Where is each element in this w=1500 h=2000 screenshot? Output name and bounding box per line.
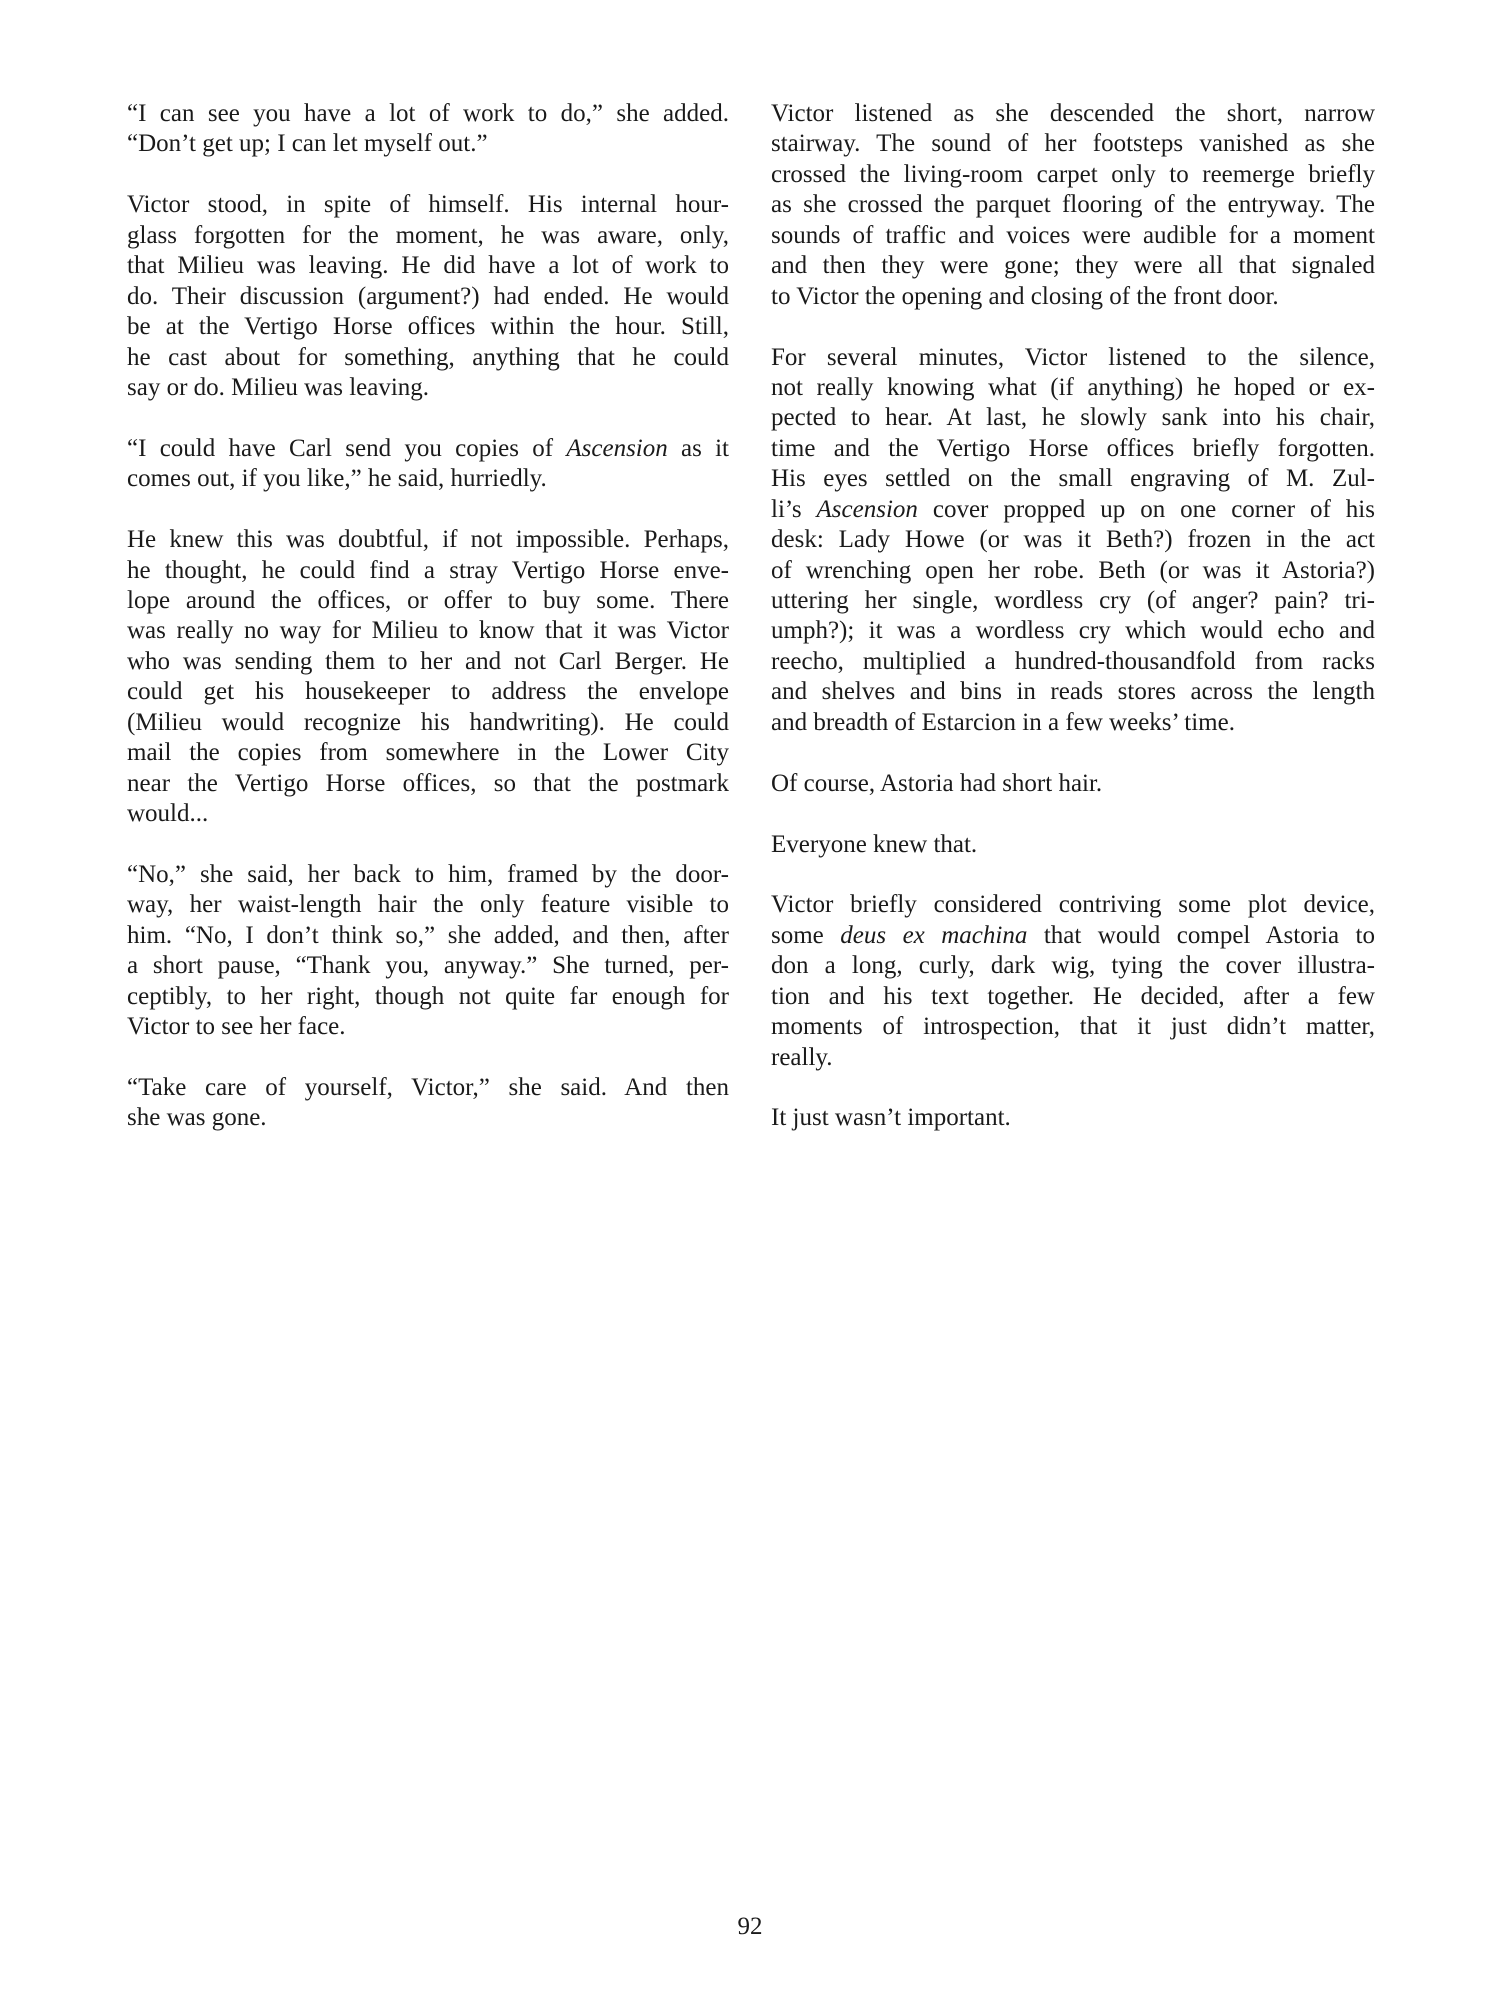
text-line: tion and his text together. He decided, … (771, 982, 1375, 1012)
text-line: he cast about for something, anything th… (127, 343, 729, 373)
text-line: Victor listened as she descended the sho… (771, 99, 1375, 129)
text-line: don a long, curly, dark wig, tying the c… (771, 951, 1375, 981)
left-column: “I can see you have a lot of work to do,… (127, 99, 729, 1164)
text-line: comes out, if you like,” he said, hurrie… (127, 464, 729, 494)
italic-title: deus ex machina (840, 922, 1027, 949)
text-line: Everyone knew that. (771, 830, 1375, 860)
text-line: For several minutes, Victor listened to … (771, 343, 1375, 373)
text-line: moments of introspection, that it just d… (771, 1012, 1375, 1042)
text-line: pected to hear. At last, he slowly sank … (771, 403, 1375, 433)
text-line: a short pause, “Thank you, anyway.” She … (127, 951, 729, 981)
italic-title: Ascension (566, 435, 667, 462)
text-line: really. (771, 1043, 1375, 1073)
text-line: and shelves and bins in reads stores acr… (771, 677, 1375, 707)
paragraph: Victor briefly considered contriving som… (771, 890, 1375, 1073)
text-line: not really knowing what (if anything) he… (771, 373, 1375, 403)
text-line: as she crossed the parquet flooring of t… (771, 190, 1375, 220)
text-line: “Don’t get up; I can let myself out.” (127, 129, 729, 159)
text-line: could get his housekeeper to address the… (127, 677, 729, 707)
paragraph: Everyone knew that. (771, 830, 1375, 860)
text-line: glass forgotten for the moment, he was a… (127, 221, 729, 251)
page-number: 92 (0, 1912, 1500, 1942)
text-line: sounds of traffic and voices were audibl… (771, 221, 1375, 251)
text-line: of wrenching open her robe. Beth (or was… (771, 556, 1375, 586)
paragraph: It just wasn’t important. (771, 1103, 1375, 1133)
text-line: was really no way for Milieu to know tha… (127, 616, 729, 646)
text-line: way, her waist-length hair the only feat… (127, 890, 729, 920)
text-line: him. “No, I don’t think so,” she added, … (127, 921, 729, 951)
text-line: would... (127, 799, 729, 829)
paragraph: “No,” she said, her back to him, framed … (127, 860, 729, 1043)
text-line: It just wasn’t important. (771, 1103, 1375, 1133)
paragraph: He knew this was doubtful, if not imposs… (127, 525, 729, 829)
text-line: His eyes settled on the small engraving … (771, 464, 1375, 494)
text-line: “No,” she said, her back to him, framed … (127, 860, 729, 890)
text-line: she was gone. (127, 1103, 729, 1133)
text-line: desk: Lady Howe (or was it Beth?) frozen… (771, 525, 1375, 555)
text-line: say or do. Milieu was leaving. (127, 373, 729, 403)
text-line: some deus ex machina that would compel A… (771, 921, 1375, 951)
paragraph: “I could have Carl send you copies of As… (127, 434, 729, 495)
paragraph: Victor stood, in spite of himself. His i… (127, 190, 729, 403)
text-line: and breadth of Estarcion in a few weeks’… (771, 708, 1375, 738)
text-line: ceptibly, to her right, though not quite… (127, 982, 729, 1012)
italic-title: Ascension (817, 496, 918, 523)
text-line: Of course, Astoria had short hair. (771, 769, 1375, 799)
text-line: Victor to see her face. (127, 1012, 729, 1042)
text-line: stairway. The sound of her footsteps van… (771, 129, 1375, 159)
text-line: he thought, he could find a stray Vertig… (127, 556, 729, 586)
text-line: umph?); it was a wordless cry which woul… (771, 616, 1375, 646)
right-column: Victor listened as she descended the sho… (771, 99, 1375, 1164)
text-line: Victor briefly considered contriving som… (771, 890, 1375, 920)
text-line: be at the Vertigo Horse offices within t… (127, 312, 729, 342)
text-line: time and the Vertigo Horse offices brief… (771, 434, 1375, 464)
text-line: He knew this was doubtful, if not imposs… (127, 525, 729, 555)
text-line: li’s Ascension cover propped up on one c… (771, 495, 1375, 525)
text-line: reecho, multiplied a hundred-thousandfol… (771, 647, 1375, 677)
text-line: near the Vertigo Horse offices, so that … (127, 769, 729, 799)
paragraph: Victor listened as she descended the sho… (771, 99, 1375, 312)
document-page: “I can see you have a lot of work to do,… (0, 0, 1500, 2000)
paragraph: For several minutes, Victor listened to … (771, 343, 1375, 739)
paragraph: “I can see you have a lot of work to do,… (127, 99, 729, 160)
text-line: that Milieu was leaving. He did have a l… (127, 251, 729, 281)
text-line: who was sending them to her and not Carl… (127, 647, 729, 677)
text-line: lope around the offices, or offer to buy… (127, 586, 729, 616)
text-line: and then they were gone; they were all t… (771, 251, 1375, 281)
text-line: do. Their discussion (argument?) had end… (127, 282, 729, 312)
text-line: mail the copies from somewhere in the Lo… (127, 738, 729, 768)
text-line: uttering her single, wordless cry (of an… (771, 586, 1375, 616)
text-line: to Victor the opening and closing of the… (771, 282, 1375, 312)
text-line: “I can see you have a lot of work to do,… (127, 99, 729, 129)
paragraph: Of course, Astoria had short hair. (771, 769, 1375, 799)
text-line: “I could have Carl send you copies of As… (127, 434, 729, 464)
text-line: Victor stood, in spite of himself. His i… (127, 190, 729, 220)
text-line: (Milieu would recognize his handwriting)… (127, 708, 729, 738)
paragraph: “Take care of yourself, Victor,” she sai… (127, 1073, 729, 1134)
text-line: crossed the living-room carpet only to r… (771, 160, 1375, 190)
text-line: “Take care of yourself, Victor,” she sai… (127, 1073, 729, 1103)
